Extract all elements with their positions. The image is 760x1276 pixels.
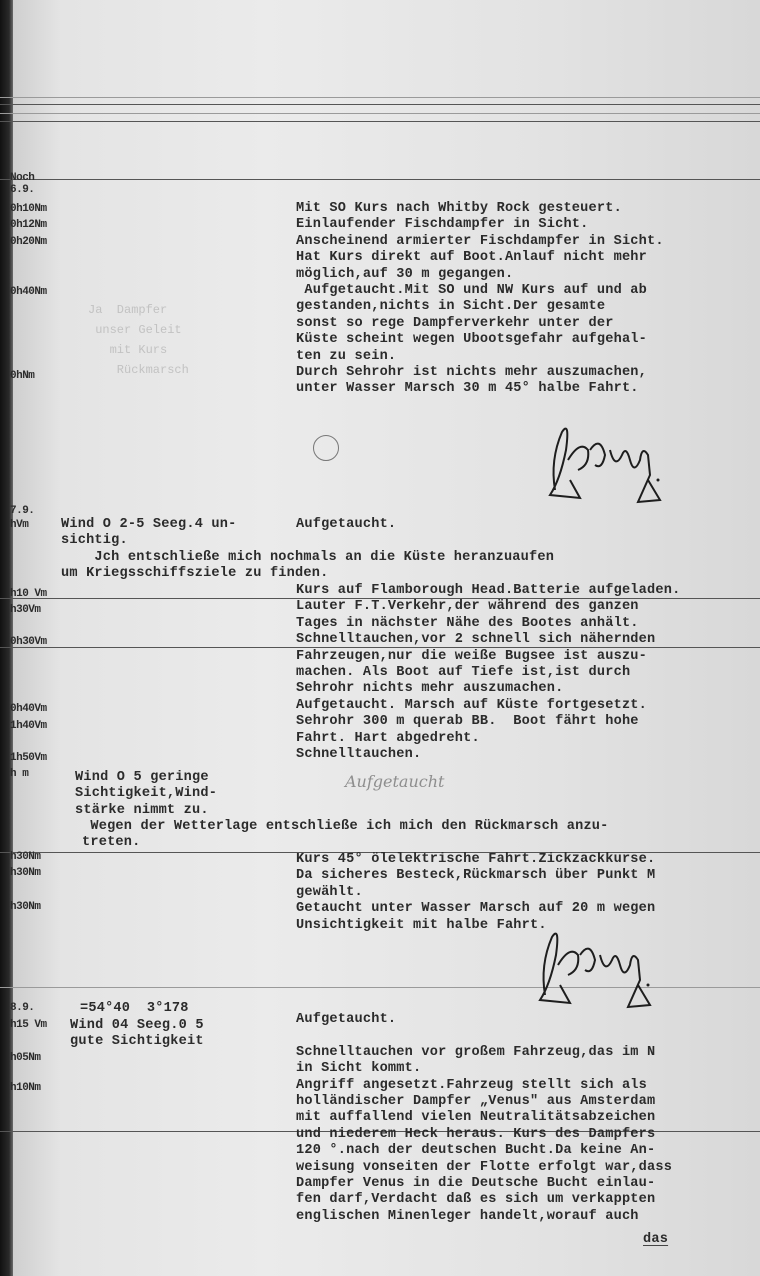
decision-text: Wegen der Wetterlage entschließe ich mic… <box>82 819 609 852</box>
pencil-annotation: Aufgetaucht <box>345 772 444 791</box>
decision-text: Jch entschließe mich nochmals an die Küs… <box>61 550 554 583</box>
time-label: 0h30Vm <box>10 636 47 648</box>
time-label: 0h12Nm <box>10 219 47 231</box>
ruled-line <box>0 104 760 105</box>
time-label: h m <box>10 768 28 780</box>
time-label: 0h40Vm <box>10 703 47 715</box>
time-label: 0hNm <box>10 370 34 382</box>
weather-note: Wind 04 Seeg.0 5 gute Sichtigkeit <box>70 1018 204 1051</box>
log-text-block: Mit SO Kurs nach Whitby Rock gesteuert. … <box>296 201 664 398</box>
time-label: h30Nm <box>10 851 41 863</box>
position-readout: =54°40 3°178 <box>80 1001 189 1017</box>
weather-note: Wind O 5 geringe Sichtigkeit,Wind- stärk… <box>75 770 217 819</box>
bleed-through-text: Ja Dampfer unser Geleit mit Kurs Rückmar… <box>88 300 218 380</box>
signature-georg <box>520 925 660 1015</box>
log-text-block: Aufgetaucht. Schnelltauchen vor großem F… <box>296 1012 672 1225</box>
date-label: 6.9. <box>10 184 34 196</box>
weather-note: Wind O 2-5 Seeg.4 un- sichtig. <box>61 517 237 550</box>
ruled-line <box>0 121 760 122</box>
time-label: 0h20Nm <box>10 236 47 248</box>
log-line: Aufgetaucht. <box>296 517 396 533</box>
time-label: 1h50Vm <box>10 752 47 764</box>
catchword: das <box>643 1232 668 1248</box>
signature-georg <box>530 420 670 510</box>
ruled-line <box>0 179 760 180</box>
time-label: h10Nm <box>10 1082 41 1094</box>
time-label: 0h10Nm <box>10 203 47 215</box>
time-label: hVm <box>10 519 28 531</box>
date-label: 8.9. <box>10 1002 34 1014</box>
log-text-block: Kurs auf Flamborough Head.Batterie aufge… <box>296 583 680 763</box>
time-label: h30Nm <box>10 901 41 913</box>
time-label: h15 Vm <box>10 1019 47 1031</box>
ruled-line <box>0 113 760 114</box>
diary-page: Noch 6.9. 0h10Nm 0h12Nm 0h20Nm 0h40Nm 0h… <box>0 0 760 1276</box>
log-text-block: Kurs 45° ölelektrische Fahrt.Zickzackkur… <box>296 852 655 934</box>
date-label: Noch <box>10 172 34 184</box>
time-label: h30Nm <box>10 867 41 879</box>
time-label: h10 Vm <box>10 588 47 600</box>
time-label: 1h40Vm <box>10 720 47 732</box>
ruled-line <box>0 97 760 98</box>
time-label: h05Nm <box>10 1052 41 1064</box>
pen-mark <box>313 435 339 461</box>
date-label: 7.9. <box>10 505 34 517</box>
time-label: 0h40Nm <box>10 286 47 298</box>
time-label: h30Vm <box>10 604 41 616</box>
